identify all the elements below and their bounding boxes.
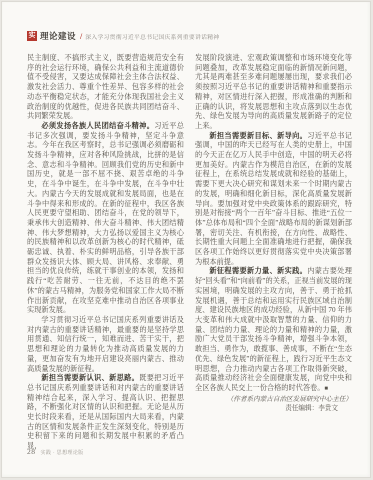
paragraph-text: 习近平总书记强调，中国的昨天已经写在人类的史册上，中国的今天正在亿万人民手中创造… — [195, 132, 352, 266]
paragraph-lead: 新担当需要新目标、新导向。 — [209, 132, 307, 140]
paragraph-text: 内蒙古要处理好“回头看”和“向前看”的关系，正视当前发展的现实困境，明确发展的主… — [195, 267, 352, 391]
paragraph-text: 民主制度、不搞形式主义，既要营造规范安全有序的社会运行环境，确保公共利益和主流道… — [27, 54, 184, 120]
paragraph-text: 发展阶段演进、宏观政策调整和市场环境变化等问题叠加，改革发展稳定面临的新情况新问… — [195, 54, 352, 130]
paragraph: 学习贯彻习近平总书记国庆系列重要讲话及对内蒙古的重要讲话精神，最重要的是坚持学思… — [27, 316, 184, 374]
paragraph-lead: 新担当需要新认识、新思路。 — [41, 374, 139, 382]
paragraph: 新担当需要新目标、新导向。习近平总书记强调，中国的昨天已经写在人类的史册上，中国… — [195, 132, 352, 268]
magazine-logo-icon: 实 — [27, 31, 37, 41]
paragraph-lead: 新征程需要新力量、新实践。 — [209, 267, 307, 275]
magazine-name: 实践 · 思想理论版 — [41, 449, 84, 456]
left-column: 民主制度、不搞形式主义，既要营造规范安全有序的社会运行环境，确保公共利益和主流道… — [27, 54, 184, 452]
paragraph-text: 既要把习近平总书记国庆系列重要讲话和对内蒙古的重要讲话精神结合起来，深入学习、提… — [27, 374, 184, 450]
section-title: 理论建设 — [40, 30, 76, 42]
editor-line: 责任编辑：李贵文 — [195, 404, 352, 414]
end-of-article-mark: ■ — [324, 386, 328, 392]
article-body: 民主制度、不搞形式主义，既要营造规范安全有序的社会运行环境，确保公共利益和主流道… — [27, 54, 353, 452]
header-tagline: 深入学习贯彻习近平总书记国庆系列重要讲话精神 — [85, 32, 219, 41]
paragraph: 必须发扬各族人民团结奋斗精神。习近平总书记多次强调，要发扬斗争精神，坚定斗争意志… — [27, 122, 184, 316]
page-footer: 28 实践 · 思想理论版 — [27, 447, 84, 456]
paragraph: 新征程需要新力量、新实践。内蒙古要处理好“回头看”和“向前看”的关系，正视当前发… — [195, 267, 352, 394]
right-column: 发展阶段演进、宏观政策调整和市场环境变化等问题叠加，改革发展稳定面临的新情况新问… — [195, 54, 352, 452]
scanned-page: 实 理论建设 / 深入学习贯彻习近平总书记国庆系列重要讲话精神 民主制度、不搞形… — [1, 1, 371, 478]
column-header: 实 理论建设 / 深入学习贯彻习近平总书记国庆系列重要讲话精神 — [27, 30, 350, 42]
paragraph-lead: 必须发扬各族人民团结奋斗精神。 — [41, 122, 154, 130]
paragraph-text: 习近平总书记多次强调，要发扬斗争精神，坚定斗争意志。今年在我区考察时，总书记强调… — [27, 122, 184, 314]
paragraph-text: 学习贯彻习近平总书记国庆系列重要讲话及对内蒙古的重要讲话精神，最重要的是坚持学思… — [27, 316, 184, 373]
paragraph: 新担当需要新认识、新思路。既要把习近平总书记国庆系列重要讲话和对内蒙古的重要讲话… — [27, 374, 184, 452]
paragraph: 发展阶段演进、宏观政策调整和市场环境变化等问题叠加，改革发展稳定面临的新情况新问… — [195, 54, 352, 132]
paragraph: 民主制度、不搞形式主义，既要营造规范安全有序的社会运行环境，确保公共利益和主流道… — [27, 54, 184, 122]
header-separator: / — [80, 32, 82, 41]
page-number: 28 — [27, 447, 36, 456]
author-attribution: （作者系内蒙古自治区发展研究中心主任） — [195, 395, 352, 405]
